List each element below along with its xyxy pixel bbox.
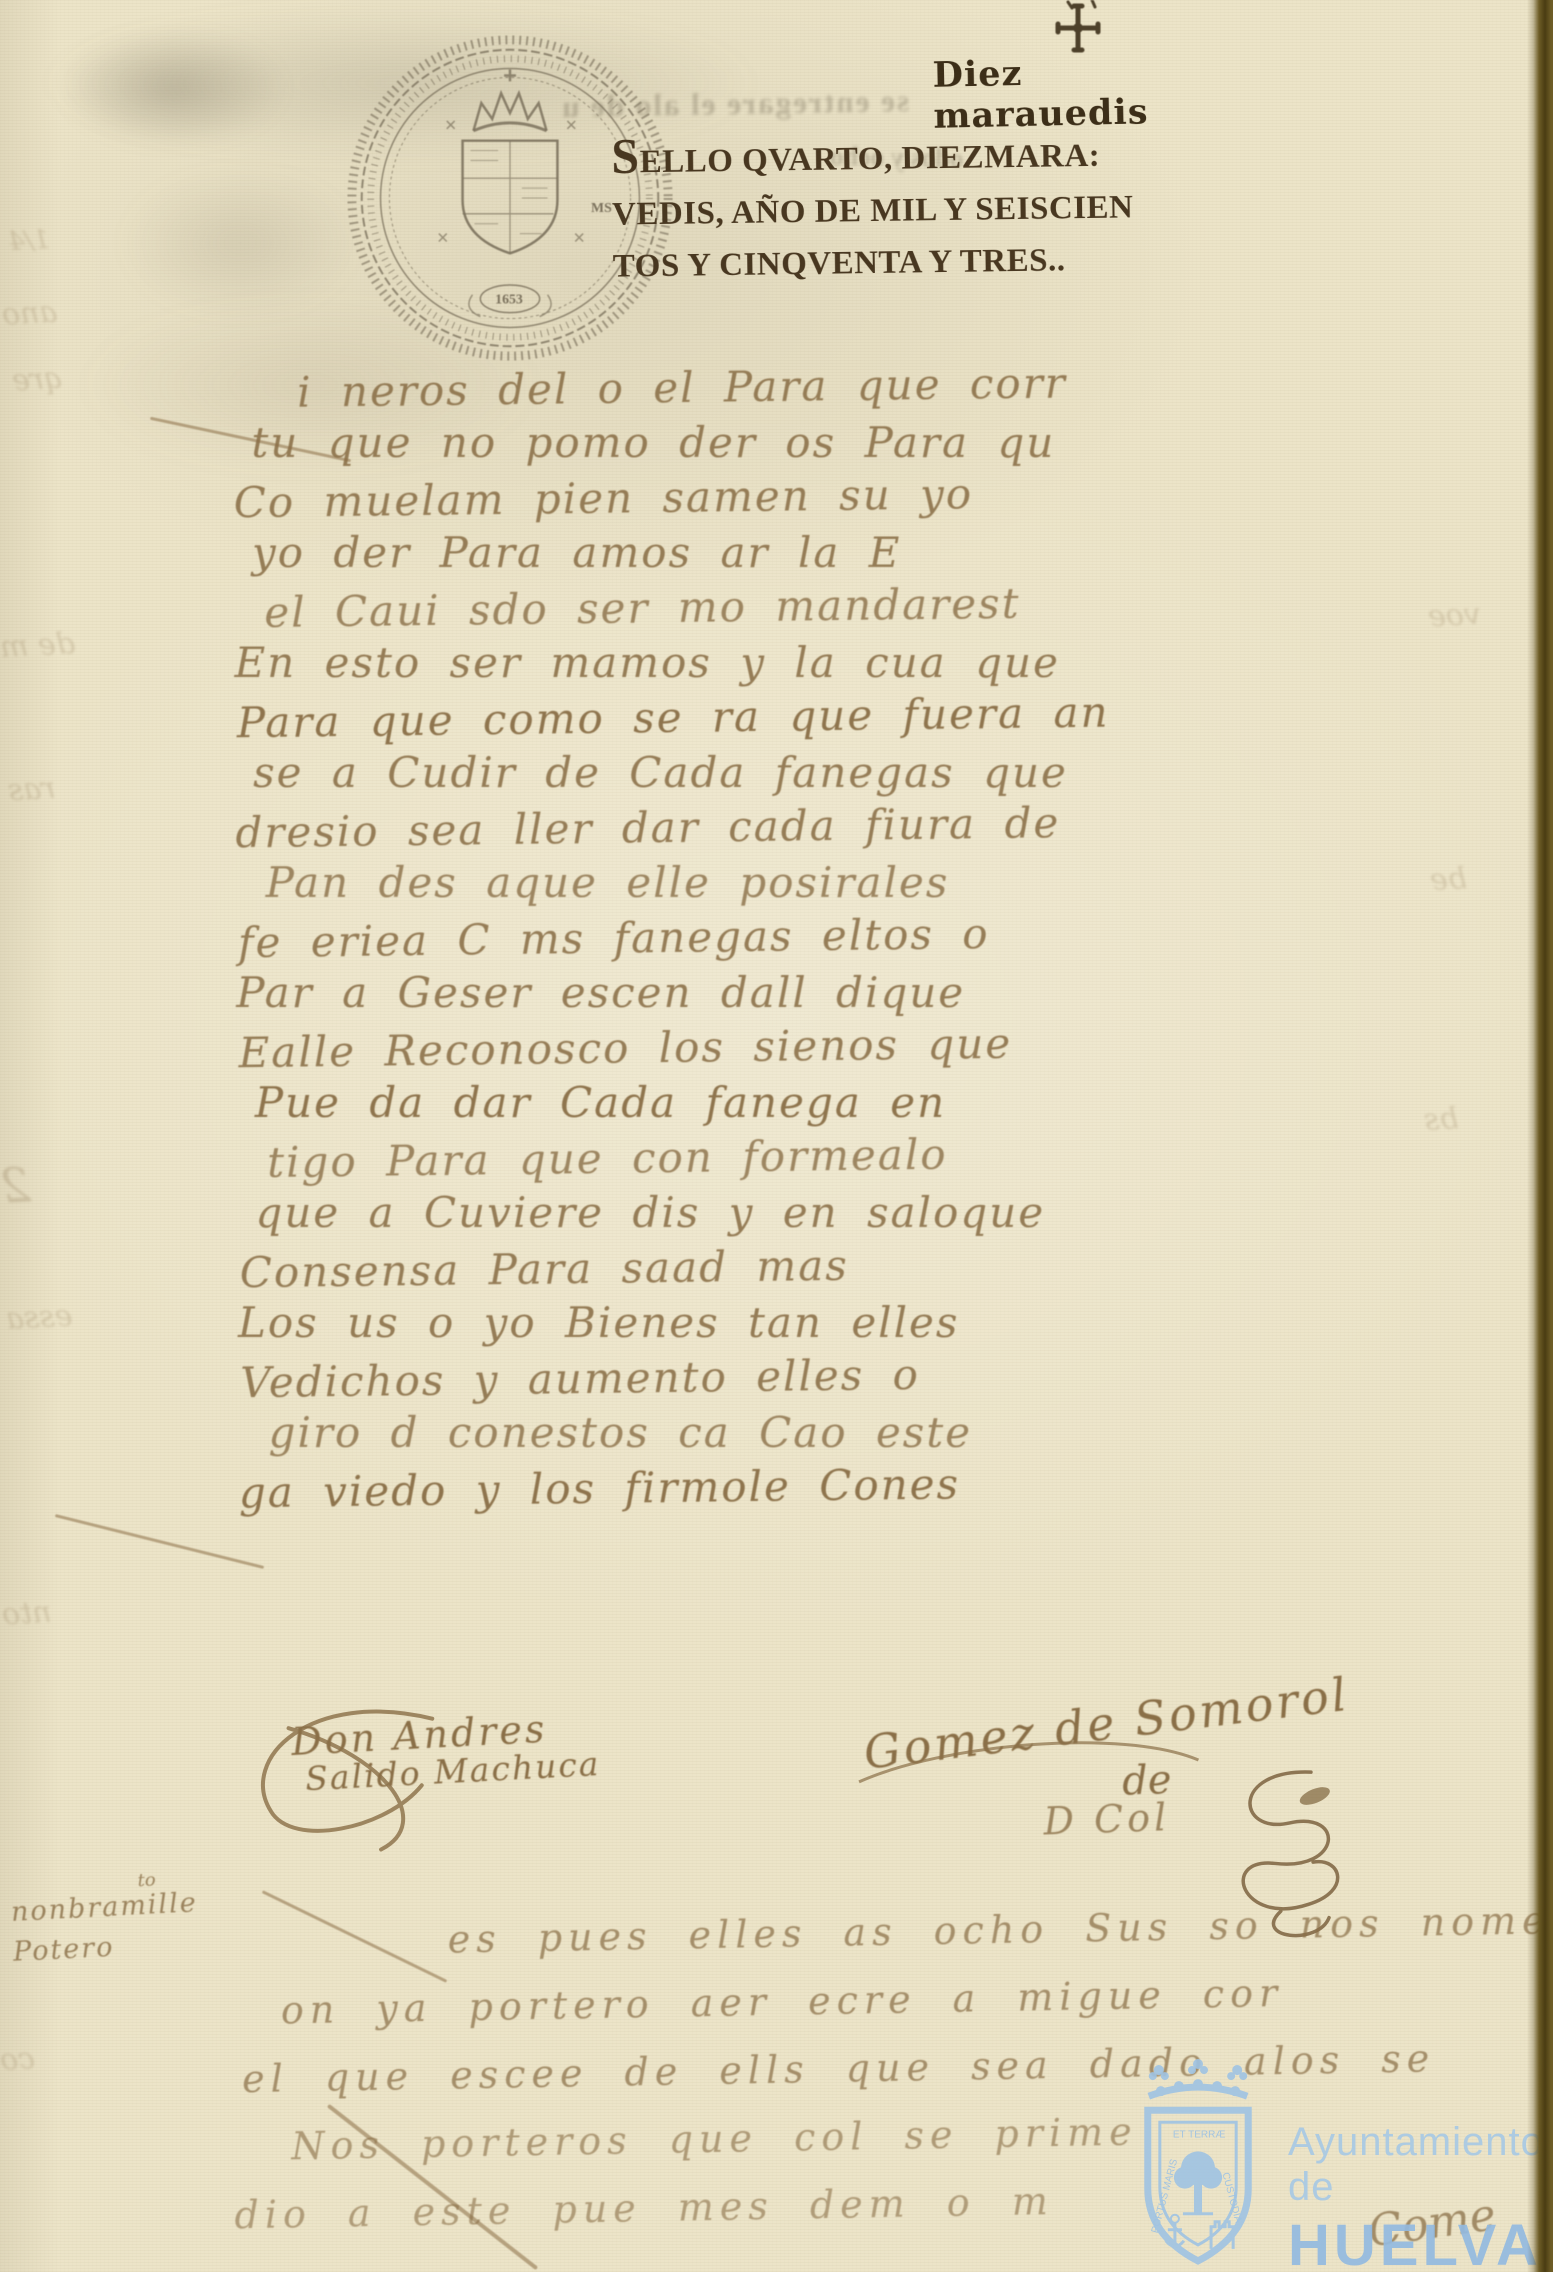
watermark-text: Ayuntamiento de HUELVA xyxy=(1288,2120,1553,2272)
manuscript-line: tigo Para que con formealo xyxy=(267,1125,1100,1190)
manuscript-line: dresio sea ller dar cada fiura de xyxy=(235,795,1098,861)
manuscript-line: Consensa Para saad mas xyxy=(239,1235,1100,1301)
manuscript-line: ga viedo y los firmole Cones xyxy=(239,1455,1102,1521)
manuscript-line: que a Cuviere dis y en saloque xyxy=(255,1185,1099,1240)
margin-note-line: Potero xyxy=(12,1923,201,1973)
signature-scribble: D Col xyxy=(1043,1795,1171,1843)
shield-motto-top: ET TERRÆ xyxy=(1173,2129,1226,2140)
margin-note: to nonbramille Potero xyxy=(10,1883,201,1973)
manuscript-line: giro d conestos ca Cao este xyxy=(269,1405,1101,1460)
huelva-shield-icon: ET TERRÆ PORTUS MARIS CUSTODIA xyxy=(1122,2058,1274,2272)
bleed-mark: qre xyxy=(11,361,64,399)
paper-stain xyxy=(120,168,360,318)
seal-monogram: MS xyxy=(591,200,612,215)
bleed-mark: ano xyxy=(1,295,58,333)
manuscript-line: Vedichos y aumento elles o xyxy=(240,1345,1101,1411)
manuscript-line: Pan des aque elle posirales xyxy=(266,855,1098,910)
manuscript-line: se a Cudir de Cada fanegas que xyxy=(253,745,1097,800)
bleed-mark: be xyxy=(1429,861,1468,898)
watermark-org-label: Ayuntamiento de xyxy=(1288,2120,1553,2210)
watermark-city-name: HUELVA xyxy=(1288,2212,1553,2272)
bleed-mark: bs xyxy=(1423,1101,1459,1138)
printed-seal-heading: SELLO QVARTO, DIEZMARA: VEDIS, AÑO DE MI… xyxy=(611,122,1135,292)
manuscript-line: Ealle Reconosco los sienos que xyxy=(238,1015,1099,1081)
manuscript-line: Los us o yo Bienes tan elles xyxy=(238,1295,1100,1350)
manuscript-line: fe eriea C ms fanegas eltos o xyxy=(238,905,1099,971)
printed-heading-line: TOS Y CINQVENTA Y TRES.. xyxy=(612,233,1134,292)
seal-year: 1653 xyxy=(495,292,523,307)
bleed-mark: ras xyxy=(7,771,56,808)
ink-smudge xyxy=(58,28,288,148)
bleed-mark: nto xyxy=(1,1595,52,1633)
signature-left: Don Andres Salido Machuca xyxy=(290,1704,601,1799)
manuscript-line: tu que no pomo der os Para qu xyxy=(251,415,1095,470)
manuscript-line: En esto ser mamos y la cua que xyxy=(235,635,1097,690)
printed-heading-line: VEDIS, AÑO DE MIL Y SEISCIEN xyxy=(612,181,1134,240)
manuscript-line: yo der Para amos ar la E xyxy=(252,525,1096,580)
manuscript-line: Par a Geser escen dall dique xyxy=(236,965,1098,1020)
bleed-mark: de m xyxy=(0,626,76,665)
bleed-mark: essa xyxy=(5,1298,73,1336)
manuscript-line: el Caui sdo ser mo mandarest xyxy=(264,575,1097,640)
shield-motto-right: CUSTODIA xyxy=(1219,2171,1243,2224)
bleed-mark: voe xyxy=(1427,597,1482,635)
book-binding-edge xyxy=(1527,0,1553,2272)
bleed-mark: 1/4 xyxy=(7,225,50,257)
manuscript-line: i neros del o el Para que corr xyxy=(297,355,1096,420)
manuscript-line: Pue da dar Cada fanega en xyxy=(255,1075,1099,1130)
printed-heading-line: SELLO QVARTO, DIEZMARA: xyxy=(611,122,1133,188)
huelva-watermark: ET TERRÆ PORTUS MARIS CUSTODIA Ayuntamie… xyxy=(1122,2058,1553,2272)
manuscript-body: i neros del o el Para que corrtu que no … xyxy=(235,358,1101,1517)
pen-stroke xyxy=(55,1514,264,1569)
manuscript-line: Para que como se ra que fuera an xyxy=(237,685,1098,751)
cross-icon xyxy=(1048,0,1108,56)
bleed-mark: co xyxy=(0,2041,36,2078)
manuscript-page: MS 1653 se entregare el alo de u odos y … xyxy=(0,0,1553,2272)
margin-note-superscript: to xyxy=(137,1869,156,1891)
manuscript-line: Co muelam pien samen su yo xyxy=(233,465,1096,531)
bleed-mark: 2 xyxy=(0,1157,32,1215)
signature-right: Gomez de Somorol de D Col xyxy=(861,1682,1423,1756)
